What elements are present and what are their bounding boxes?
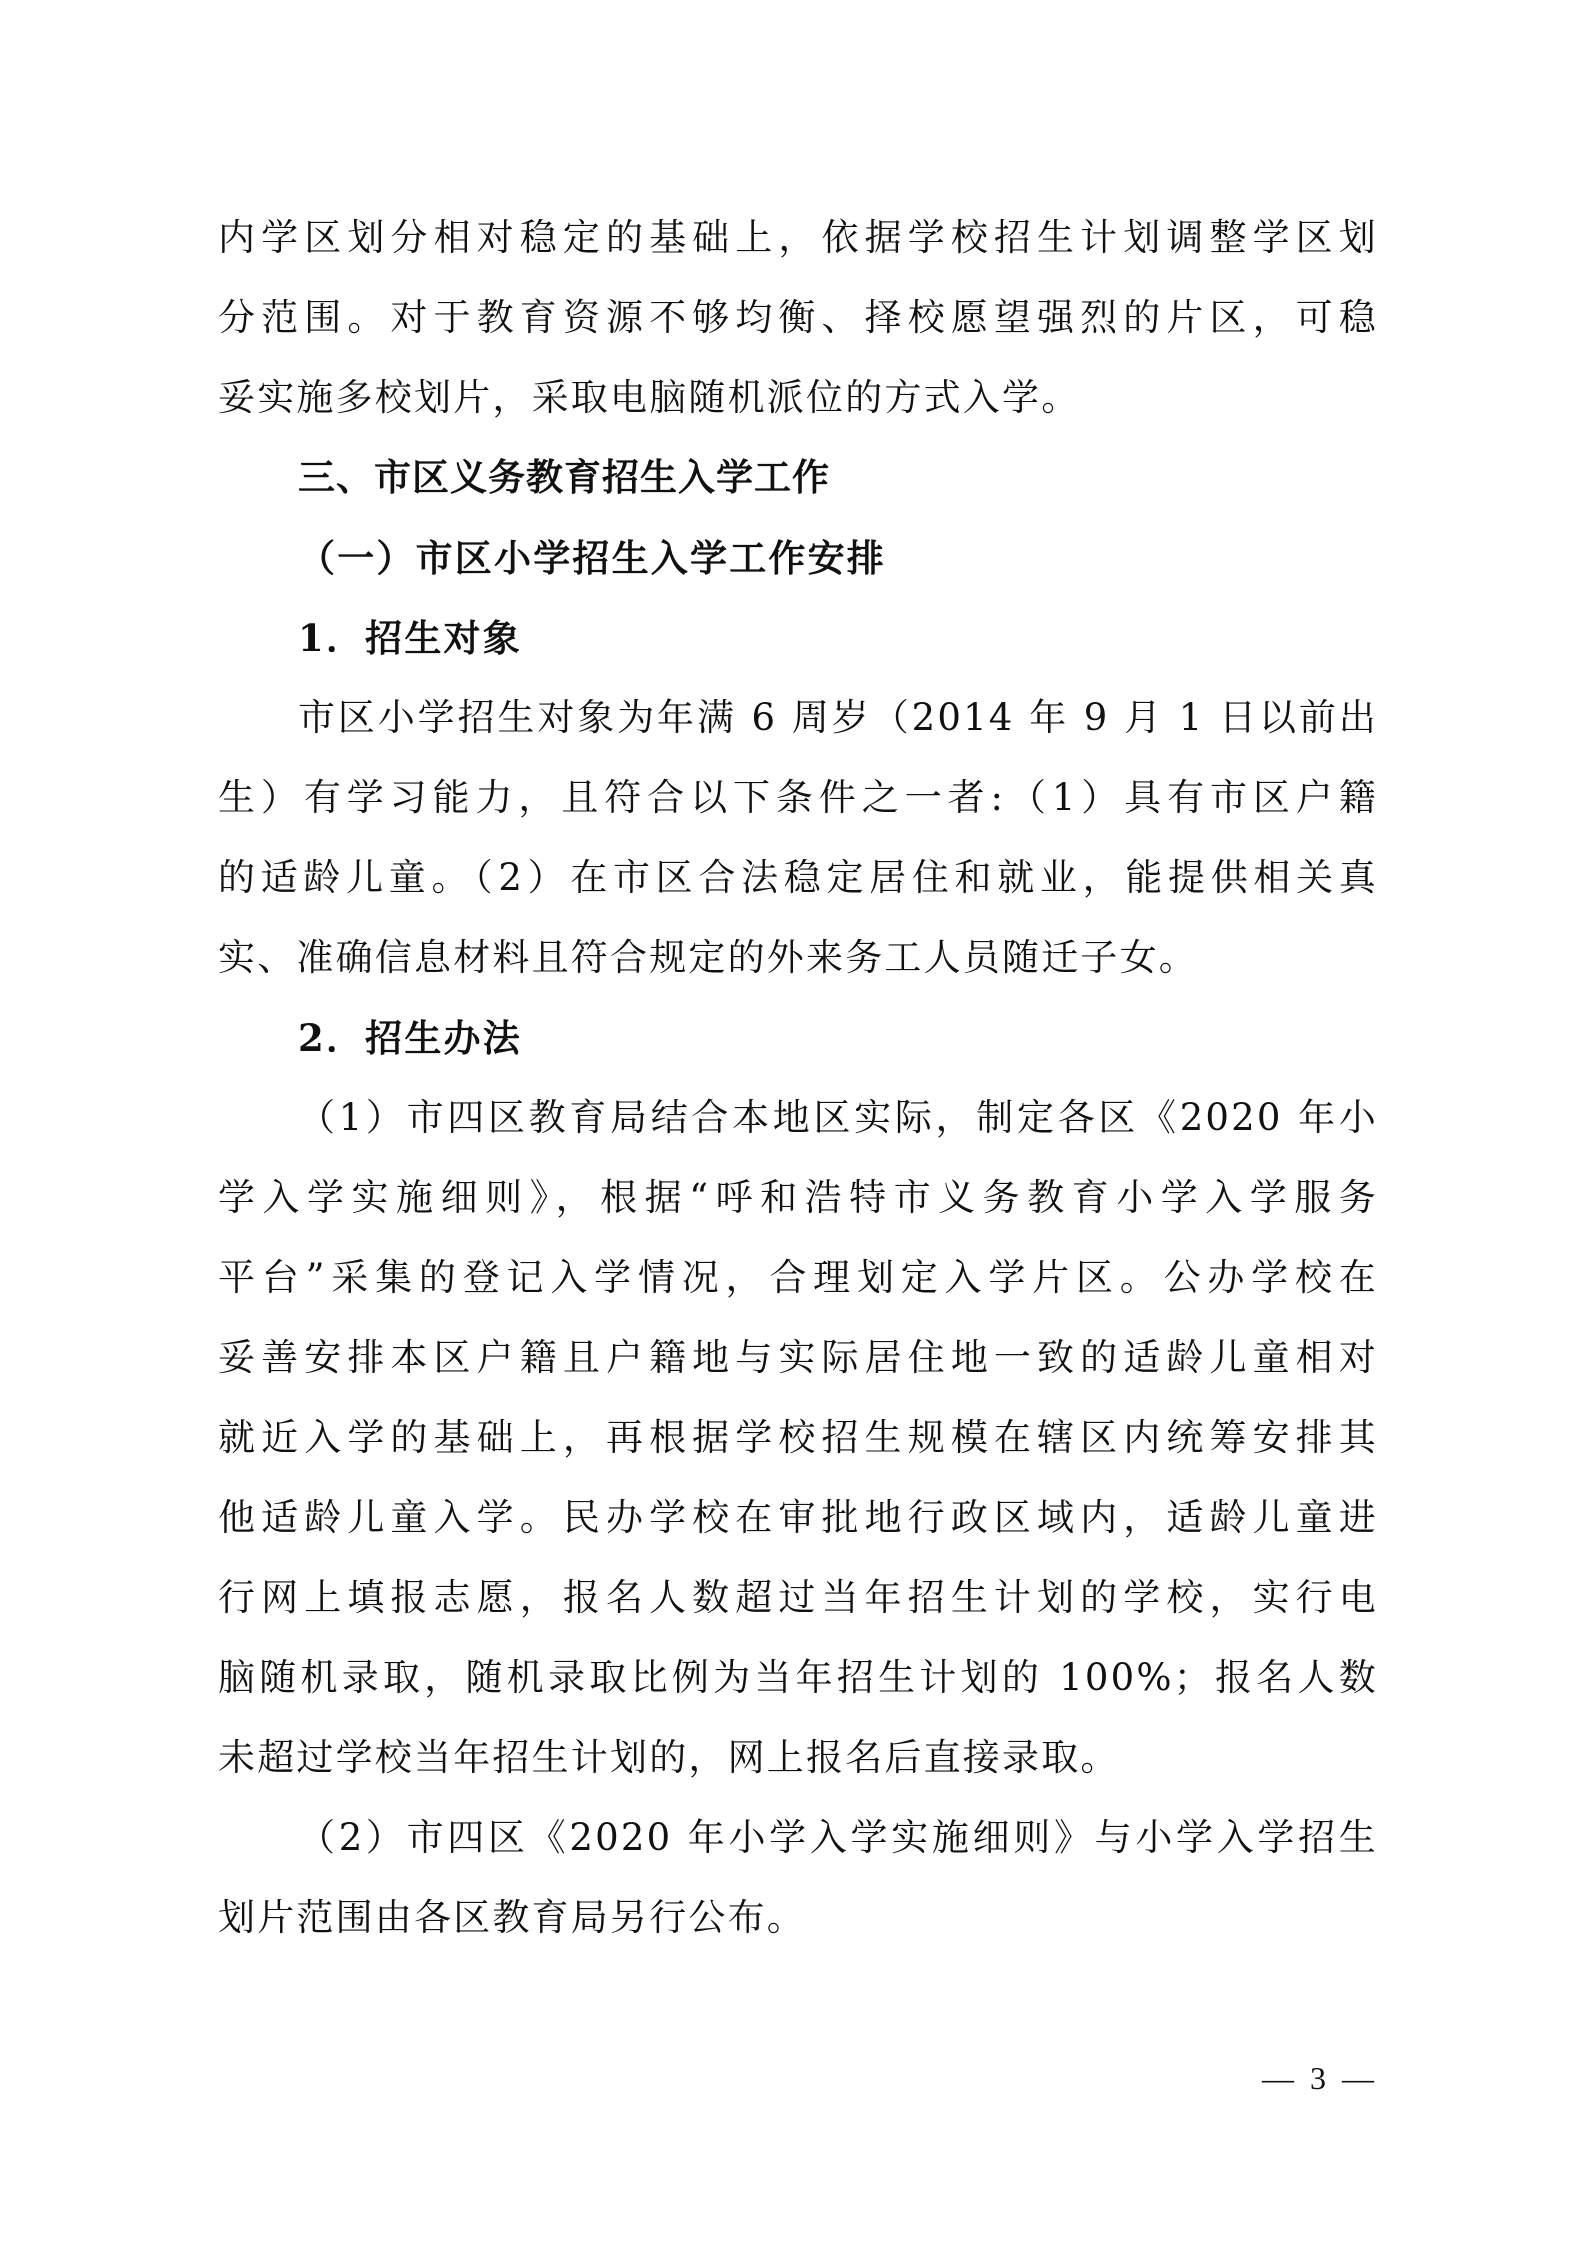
paragraph-line: 内学区划分相对稳定的基础上，依据学校招生计划调整学区划 xyxy=(218,198,1378,278)
paragraph-line: 他适龄儿童入学。民办学校在审批地行政区域内，适龄儿童进 xyxy=(218,1478,1378,1558)
section-heading: 三、市区义务教育招生入学工作 xyxy=(218,438,1378,518)
paragraph-line: 就近入学的基础上，再根据学校招生规模在辖区内统筹安排其 xyxy=(218,1398,1378,1478)
item1-heading: 1．招生对象 xyxy=(218,598,1378,678)
paragraph-line: 实、准确信息材料且符合规定的外来务工人员随迁子女。 xyxy=(218,918,1378,998)
paragraph-line: 的适龄儿童。（2）在市区合法稳定居住和就业，能提供相关真 xyxy=(218,838,1378,918)
document-page: 内学区划分相对稳定的基础上，依据学校招生计划调整学区划 分范围。对于教育资源不够… xyxy=(218,198,1378,1958)
paragraph-line: 脑随机录取，随机录取比例为当年招生计划的 100%；报名人数 xyxy=(218,1638,1378,1718)
paragraph-line: 生）有学习能力，且符合以下条件之一者:（1）具有市区户籍 xyxy=(218,758,1378,838)
item2-paragraph-1: （1）市四区教育局结合本地区实际，制定各区《2020 年小 学入学实施细则》，根… xyxy=(218,1078,1378,1798)
paragraph-line: 妥善安排本区户籍且户籍地与实际居住地一致的适龄儿童相对 xyxy=(218,1318,1378,1398)
paragraph-line: 学入学实施细则》，根据“呼和浩特市义务教育小学入学服务 xyxy=(218,1158,1378,1238)
item1-paragraph: 市区小学招生对象为年满 6 周岁（2014 年 9 月 1 日以前出 生）有学习… xyxy=(218,678,1378,998)
item2-paragraph-2: （2）市四区《2020 年小学入学实施细则》与小学入学招生 划片范围由各区教育局… xyxy=(218,1798,1378,1958)
paragraph-line: （2）市四区《2020 年小学入学实施细则》与小学入学招生 xyxy=(218,1798,1378,1878)
item2-heading: 2．招生办法 xyxy=(218,998,1378,1078)
paragraph-line: 未超过学校当年招生计划的，网上报名后直接录取。 xyxy=(218,1718,1378,1798)
paragraph-line: （1）市四区教育局结合本地区实际，制定各区《2020 年小 xyxy=(218,1078,1378,1158)
paragraph-line: 市区小学招生对象为年满 6 周岁（2014 年 9 月 1 日以前出 xyxy=(218,678,1378,758)
paragraph-line: 平台”采集的登记入学情况，合理划定入学片区。公办学校在 xyxy=(218,1238,1378,1318)
paragraph-line: 分范围。对于教育资源不够均衡、择校愿望强烈的片区，可稳 xyxy=(218,278,1378,358)
page-number: — 3 — xyxy=(1262,2060,1378,2097)
paragraph-line: 行网上填报志愿，报名人数超过当年招生计划的学校，实行电 xyxy=(218,1558,1378,1638)
paragraph-line: 划片范围由各区教育局另行公布。 xyxy=(218,1878,1378,1958)
subsection-heading: （一）市区小学招生入学工作安排 xyxy=(218,518,1378,598)
continued-paragraph: 内学区划分相对稳定的基础上，依据学校招生计划调整学区划 分范围。对于教育资源不够… xyxy=(218,198,1378,438)
paragraph-line: 妥实施多校划片，采取电脑随机派位的方式入学。 xyxy=(218,358,1378,438)
